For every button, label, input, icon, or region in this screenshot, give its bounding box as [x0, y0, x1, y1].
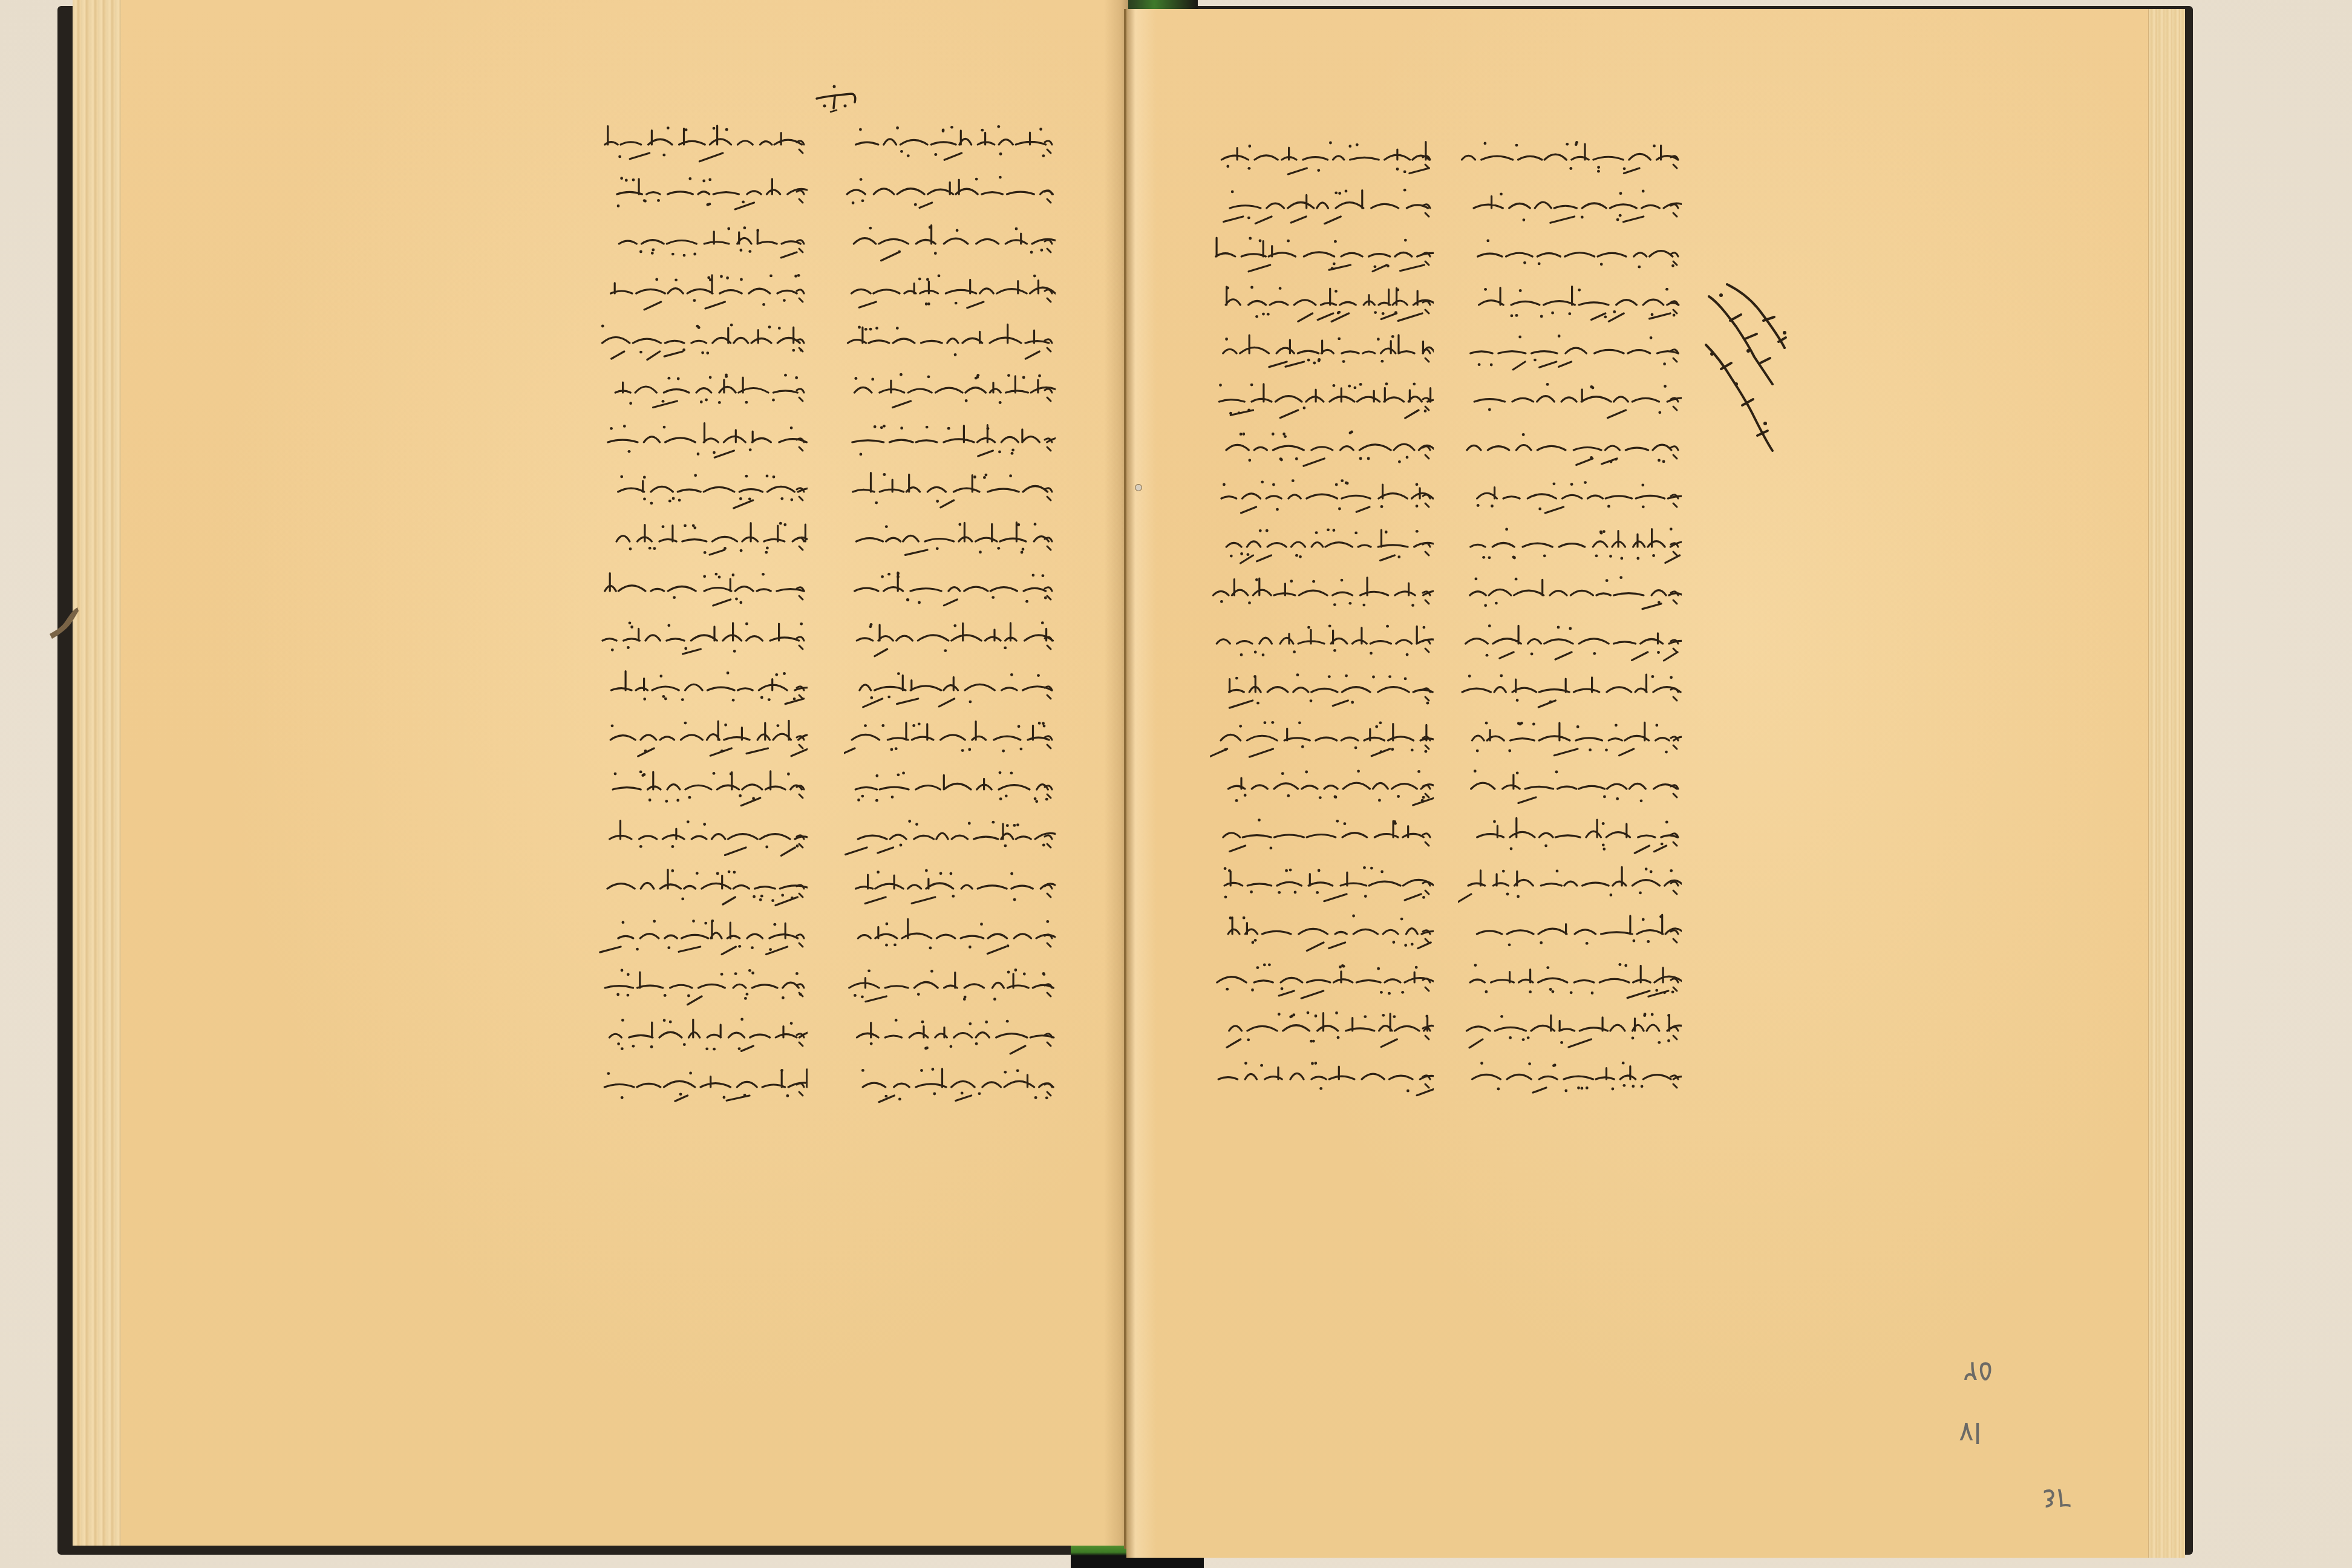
- handwritten-line: [handwritten line 8]: [1210, 478, 1434, 520]
- handwritten-line: [handwritten line 2]: [1210, 188, 1434, 230]
- handwritten-line: [handwritten line 5]: [844, 322, 1056, 365]
- binding-stitch: [1135, 484, 1142, 491]
- handwritten-line: [handwritten line 9]: [844, 521, 1056, 563]
- handwritten-line: [handwritten line 13]: [844, 719, 1056, 762]
- right-page-outer-column: [handwritten line 1][handwritten line 2]…: [1458, 139, 1682, 1137]
- handwritten-line: [handwritten line 10]: [599, 570, 808, 613]
- right-page-edges: [2148, 9, 2185, 1558]
- handwritten-line: [handwritten line 3]: [1210, 236, 1434, 278]
- handwritten-line: [handwritten line 16]: [1210, 865, 1434, 907]
- handwritten-line: [handwritten line 18]: [1458, 962, 1682, 1004]
- handwritten-line: [handwritten line 14]: [1458, 768, 1682, 811]
- handwritten-line: [handwritten line 6]: [599, 372, 808, 414]
- handwritten-line: [handwritten line 20]: [1458, 1059, 1682, 1101]
- gutter: [1124, 9, 1126, 1549]
- handwritten-line: [handwritten line 13]: [599, 719, 808, 762]
- handwritten-line: [handwritten line 12]: [1210, 671, 1434, 714]
- handwritten-line: [handwritten line 5]: [1458, 333, 1682, 375]
- handwritten-line: [handwritten line 3]: [599, 223, 808, 266]
- handwritten-line: [handwritten line 17]: [599, 918, 808, 960]
- handwritten-line: [handwritten line 5]: [1210, 333, 1434, 375]
- handwritten-line: [handwritten line 1]: [1210, 139, 1434, 181]
- handwritten-line: [handwritten line 13]: [1210, 720, 1434, 762]
- handwritten-line: [handwritten line 18]: [844, 967, 1056, 1010]
- handwritten-line: [handwritten line 15]: [599, 818, 808, 861]
- handwritten-line: [handwritten line 10]: [1210, 575, 1434, 617]
- handwritten-line: [handwritten line 1]: [599, 124, 808, 166]
- handwritten-line: [handwritten line 16]: [599, 868, 808, 910]
- handwritten-line: [handwritten line 13]: [1458, 720, 1682, 762]
- handwritten-line: [handwritten line 17]: [1458, 913, 1682, 956]
- right-page-inner-column: [handwritten line 1][handwritten line 2]…: [1210, 139, 1434, 1137]
- handwritten-line: [handwritten line 14]: [844, 769, 1056, 811]
- handwritten-line: [handwritten line 7]: [844, 422, 1056, 464]
- handwritten-line: [handwritten line 11]: [599, 620, 808, 662]
- handwritten-line: [handwritten line 16]: [1458, 865, 1682, 907]
- handwritten-line: [handwritten line 4]: [844, 273, 1056, 315]
- left-page-outer-column: [handwritten line 1][handwritten line 2]…: [599, 124, 808, 1122]
- handwritten-line: [handwritten line 19]: [844, 1017, 1056, 1059]
- handwritten-line: [handwritten line 7]: [1210, 430, 1434, 472]
- handwritten-line: [handwritten line 4]: [1210, 284, 1434, 327]
- handwritten-line: [handwritten line 20]: [1210, 1059, 1434, 1101]
- handwritten-line: [handwritten line 3]: [844, 223, 1056, 266]
- handwritten-line: [handwritten line 19]: [1210, 1010, 1434, 1053]
- right-gutter-shadow: [1126, 9, 1157, 1558]
- handwritten-line: [handwritten line 16]: [844, 868, 1056, 910]
- handwritten-line: [handwritten line 15]: [1210, 817, 1434, 859]
- handwritten-line: [handwritten line 12]: [844, 670, 1056, 712]
- handwritten-line: [handwritten line 20]: [599, 1067, 808, 1109]
- handwritten-line: [handwritten line 9]: [1210, 526, 1434, 569]
- handwritten-line: [handwritten line 4]: [599, 273, 808, 315]
- torn-ribbon-tab: [47, 605, 79, 647]
- marginal-note: [diagonal handwritten marginal note, 3 l…: [1694, 266, 1803, 472]
- handwritten-line: [handwritten line 17]: [844, 918, 1056, 960]
- handwritten-line: [handwritten line 11]: [844, 620, 1056, 662]
- handwritten-line: [handwritten line 8]: [1458, 478, 1682, 520]
- handwritten-line: [handwritten line 10]: [1458, 575, 1682, 617]
- handwritten-line: [handwritten line 6]: [844, 372, 1056, 414]
- handwritten-line: [handwritten line 11]: [1458, 623, 1682, 665]
- handwritten-line: [handwritten line 15]: [844, 818, 1056, 861]
- handwritten-line: [handwritten line 2]: [599, 174, 808, 216]
- handwritten-line: [handwritten line 14]: [599, 769, 808, 811]
- handwritten-line: [handwritten line 12]: [599, 670, 808, 712]
- handwritten-line: [handwritten line 19]: [599, 1017, 808, 1059]
- handwritten-line: [handwritten line 5]: [599, 322, 808, 365]
- handwritten-line: [handwritten line 18]: [1210, 962, 1434, 1004]
- left-page-edges: [73, 0, 122, 1546]
- handwritten-line: [handwritten line 4]: [1458, 284, 1682, 327]
- handwritten-line: [handwritten line 7]: [1458, 430, 1682, 472]
- handwritten-line: [handwritten line 6]: [1210, 381, 1434, 423]
- handwritten-line: [handwritten line 6]: [1458, 381, 1682, 423]
- handwritten-line: [handwritten line 19]: [1458, 1010, 1682, 1053]
- left-page-inner-column: [handwritten line 1][handwritten line 2]…: [844, 124, 1056, 1122]
- handwritten-line: [handwritten line 2]: [844, 174, 1056, 216]
- handwritten-line: [handwritten line 7]: [599, 422, 808, 464]
- handwritten-line: [handwritten line 8]: [844, 471, 1056, 514]
- handwritten-line: [handwritten line 20]: [844, 1067, 1056, 1109]
- handwritten-line: [handwritten line 11]: [1210, 623, 1434, 665]
- handwritten-line: [handwritten line 3]: [1458, 236, 1682, 278]
- handwritten-line: [handwritten line 18]: [599, 967, 808, 1010]
- handwritten-line: [handwritten line 9]: [1458, 526, 1682, 569]
- handwritten-line: [handwritten line 1]: [844, 124, 1056, 166]
- handwritten-line: [handwritten line 14]: [1210, 768, 1434, 811]
- handwritten-line: [handwritten line 9]: [599, 521, 808, 563]
- pencil-folio-mark: ٧ا: [1959, 1419, 1982, 1446]
- manuscript-photo: [handwritten page heading] [handwritten …: [0, 0, 2352, 1568]
- page-heading-mark: [handwritten page heading]: [814, 82, 859, 115]
- pencil-folio-mark: ٦٤: [2042, 1485, 2071, 1513]
- handwritten-line: [handwritten line 10]: [844, 570, 1056, 613]
- handwritten-line: [handwritten line 1]: [1458, 139, 1682, 181]
- handwritten-line: [handwritten line 12]: [1458, 671, 1682, 714]
- handwritten-line: [handwritten line 2]: [1458, 188, 1682, 230]
- handwritten-line: [handwritten line 15]: [1458, 817, 1682, 859]
- pencil-folio-mark: ٥٢: [1963, 1358, 1993, 1386]
- handwritten-line: [handwritten line 17]: [1210, 913, 1434, 956]
- handwritten-line: [handwritten line 8]: [599, 471, 808, 514]
